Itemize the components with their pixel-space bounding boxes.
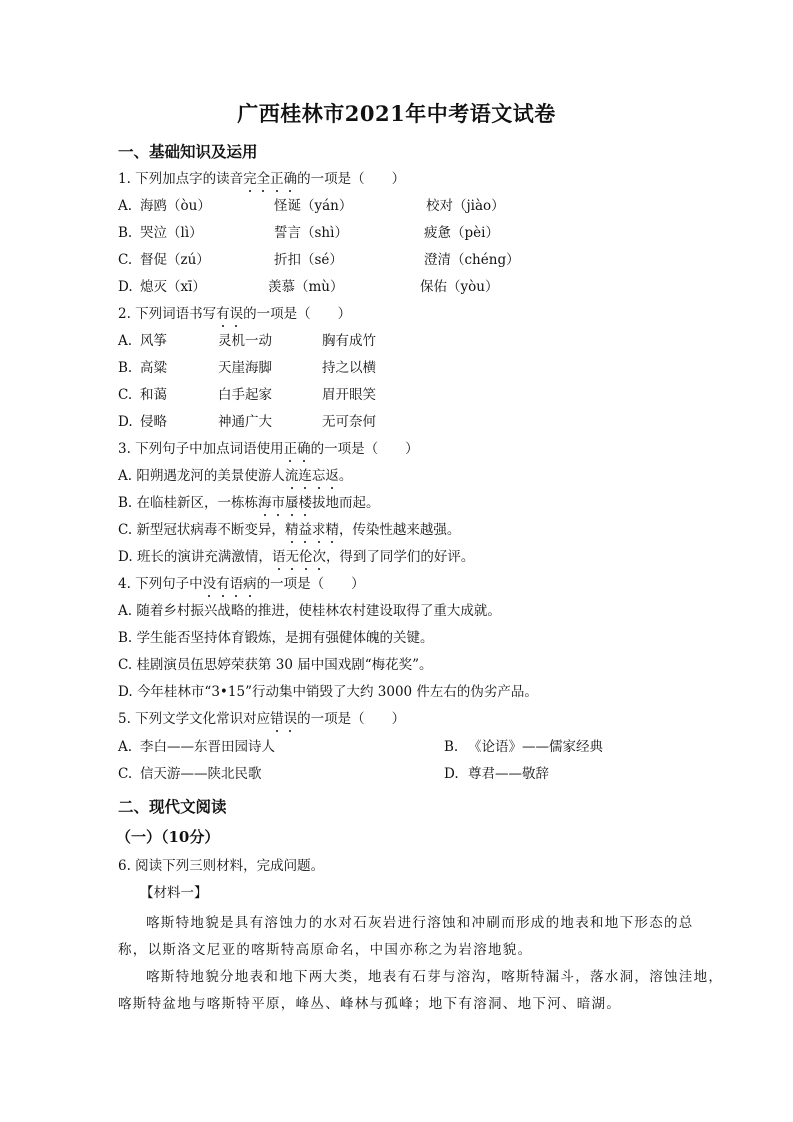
emphasis-dots: 语无伦次: [272, 549, 326, 565]
material-label: 【材料一】: [140, 884, 208, 902]
emphasis-dots: 流连忘返: [285, 468, 339, 484]
emphasis-dots: 精益求精: [285, 522, 339, 538]
question-6-stem: 6. 阅读下列三则材料，完成问题。: [118, 857, 324, 875]
question-3-stem: 3. 下列句子中加点词语使用正确的一项是（ ）: [118, 440, 419, 458]
emphasis-dots: 没有语病: [203, 576, 257, 592]
question-4-option-b: B. 学生能否坚持体育锻炼，是拥有强健体魄的关键。: [118, 629, 434, 647]
material-paragraph-1-line-2: 称，以斯洛文尼亚的喀斯特高原命名，中国亦称之为岩溶地貌。: [118, 938, 532, 958]
question-3-option-a: A. 阳朔遇龙河的美景使游人流连忘返。: [118, 467, 352, 485]
exam-page: 广西桂林市2021年中考语文试卷 一、基础知识及运用 1. 下列加点字的读音完全…: [0, 0, 793, 1122]
question-4-option-c: C. 桂剧演员伍思婷荣获第 30 届中国戏剧“梅花奖”。: [118, 656, 433, 674]
subsection-heading: （一）（10分）: [116, 826, 219, 847]
question-3-option-d: D. 班长的演讲充满激情，语无伦次，得到了同学们的好评。: [118, 548, 474, 566]
material-paragraph-2-line-1: 喀斯特地貌分地表和地下两大类，地表有石芽与溶沟，喀斯特漏斗，落水洞，溶蚀洼地，: [146, 965, 723, 985]
question-2-stem: 2. 下列词语书写有误的一项是（ ）: [118, 305, 351, 323]
question-3-option-c: C. 新型冠状病毒不断变异，精益求精，传染性越来越强。: [118, 521, 460, 539]
emphasis-dots: 错误: [270, 711, 297, 727]
emphasis-dots: 正确: [284, 441, 311, 457]
question-4-option-a: A. 随着乡村振兴战略的推进，使桂林农村建设取得了重大成就。: [118, 602, 501, 620]
material-paragraph-1-line-1: 喀斯特地貌是具有溶蚀力的水对石灰岩进行溶蚀和冲刷而形成的地表和地下形态的总: [146, 911, 694, 931]
question-4-stem: 4. 下列句子中没有语病的一项是（ ）: [118, 575, 365, 593]
question-5-stem: 5. 下列文学文化常识对应错误的一项是（ ）: [118, 710, 405, 728]
question-3-option-b: B. 在临桂新区，一栋栋海市蜃楼拔地而起。: [118, 494, 380, 512]
material-paragraph-2-line-2: 喀斯特盆地与喀斯特平原，峰丛、峰林与孤峰；地下有溶洞、地下河、暗湖。: [118, 992, 621, 1012]
document-title: 广西桂林市2021年中考语文试卷: [0, 98, 793, 128]
emphasis-dots: 有误: [216, 306, 243, 322]
section-heading-basics: 一、基础知识及运用: [118, 140, 258, 162]
section-heading-modern-reading: 二、现代文阅读: [118, 795, 227, 817]
question-1-stem: 1. 下列加点字的读音完全正确的一项是（ ）: [118, 170, 405, 188]
question-4-option-d: D. 今年桂林市“3•15”行动集中销毁了大约 3000 件左右的伪劣产品。: [118, 683, 538, 701]
emphasis-dots: 完全正确: [243, 171, 297, 187]
emphasis-dots: 海市蜃楼: [258, 495, 312, 511]
